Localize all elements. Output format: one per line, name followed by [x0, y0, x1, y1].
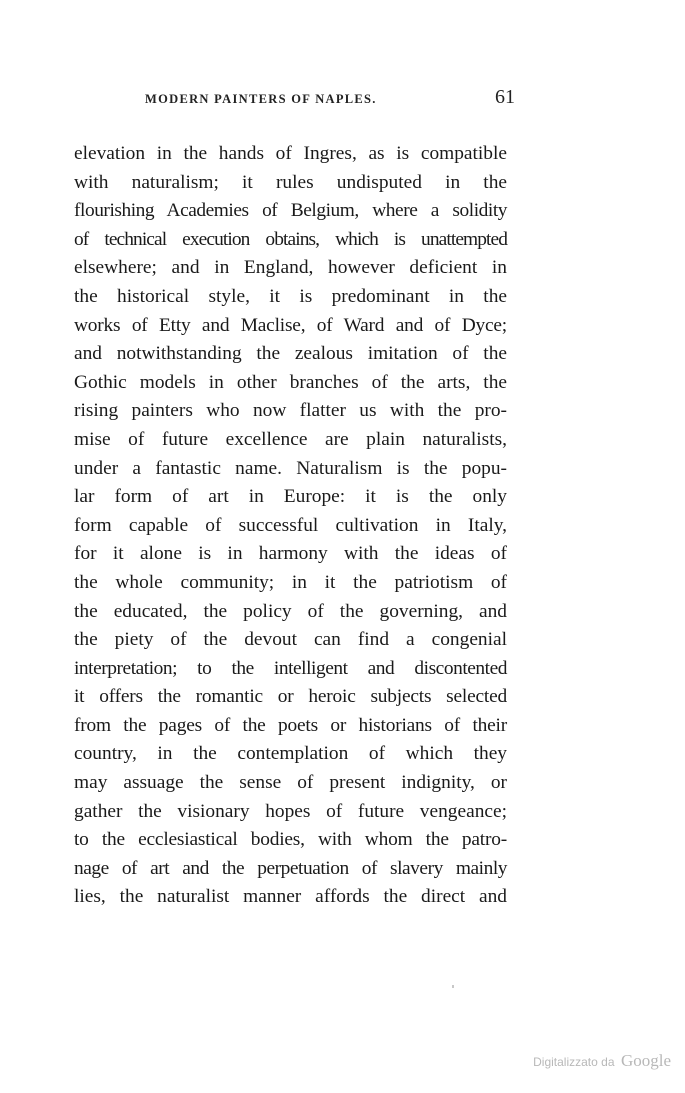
text-line: form capable of successful cultivation i… — [74, 512, 507, 541]
text-line: lies, the naturalist manner affords the … — [74, 883, 507, 912]
text-line: mise of future excellence are plain natu… — [74, 426, 507, 455]
text-line: the piety of the devout can find a conge… — [74, 626, 507, 655]
body-text: elevation in the hands of Ingres, as is … — [74, 140, 507, 912]
text-line: the historical style, it is predominant … — [74, 283, 507, 312]
text-line: under a fantastic name. Naturalism is th… — [74, 455, 507, 484]
text-line: elsewhere; and in England, however defic… — [74, 254, 507, 283]
watermark-brand: Google — [621, 1051, 671, 1070]
running-title: MODERN PAINTERS OF NAPLES. — [145, 92, 377, 107]
text-line: may assuage the sense of present indigni… — [74, 769, 507, 798]
text-line: country, in the contemplation of which t… — [74, 740, 507, 769]
text-line: the educated, the policy of the governin… — [74, 598, 507, 627]
text-line: for it alone is in harmony with the idea… — [74, 540, 507, 569]
text-line: lar form of art in Europe: it is the onl… — [74, 483, 507, 512]
text-line: with naturalism; it rules undisputed in … — [74, 169, 507, 198]
text-line: of technical execution obtains, which is… — [74, 226, 507, 255]
digitization-watermark: Digitalizzato da Google — [533, 1051, 671, 1071]
text-line: Gothic models in other branches of the a… — [74, 369, 507, 398]
running-head: MODERN PAINTERS OF NAPLES. 61 — [145, 86, 515, 110]
text-line: interpretation; to the intelligent and d… — [74, 655, 507, 684]
text-line: from the pages of the poets or historian… — [74, 712, 507, 741]
text-line: and notwithstanding the zealous imitatio… — [74, 340, 507, 369]
scan-speck — [452, 985, 454, 988]
text-line: gather the visionary hopes of future ven… — [74, 798, 507, 827]
book-page: MODERN PAINTERS OF NAPLES. 61 elevation … — [0, 0, 685, 1093]
text-line: it offers the romantic or heroic subject… — [74, 683, 507, 712]
text-line: nage of art and the perpetuation of slav… — [74, 855, 507, 884]
text-line: the whole community; in it the patriotis… — [74, 569, 507, 598]
watermark-prefix: Digitalizzato da — [533, 1055, 614, 1069]
text-line: rising painters who now flatter us with … — [74, 397, 507, 426]
text-line: to the ecclesiastical bodies, with whom … — [74, 826, 507, 855]
text-line: works of Etty and Maclise, of Ward and o… — [74, 312, 507, 341]
text-line: flourishing Academies of Belgium, where … — [74, 197, 507, 226]
text-line: elevation in the hands of Ingres, as is … — [74, 140, 507, 169]
page-number: 61 — [495, 86, 515, 109]
